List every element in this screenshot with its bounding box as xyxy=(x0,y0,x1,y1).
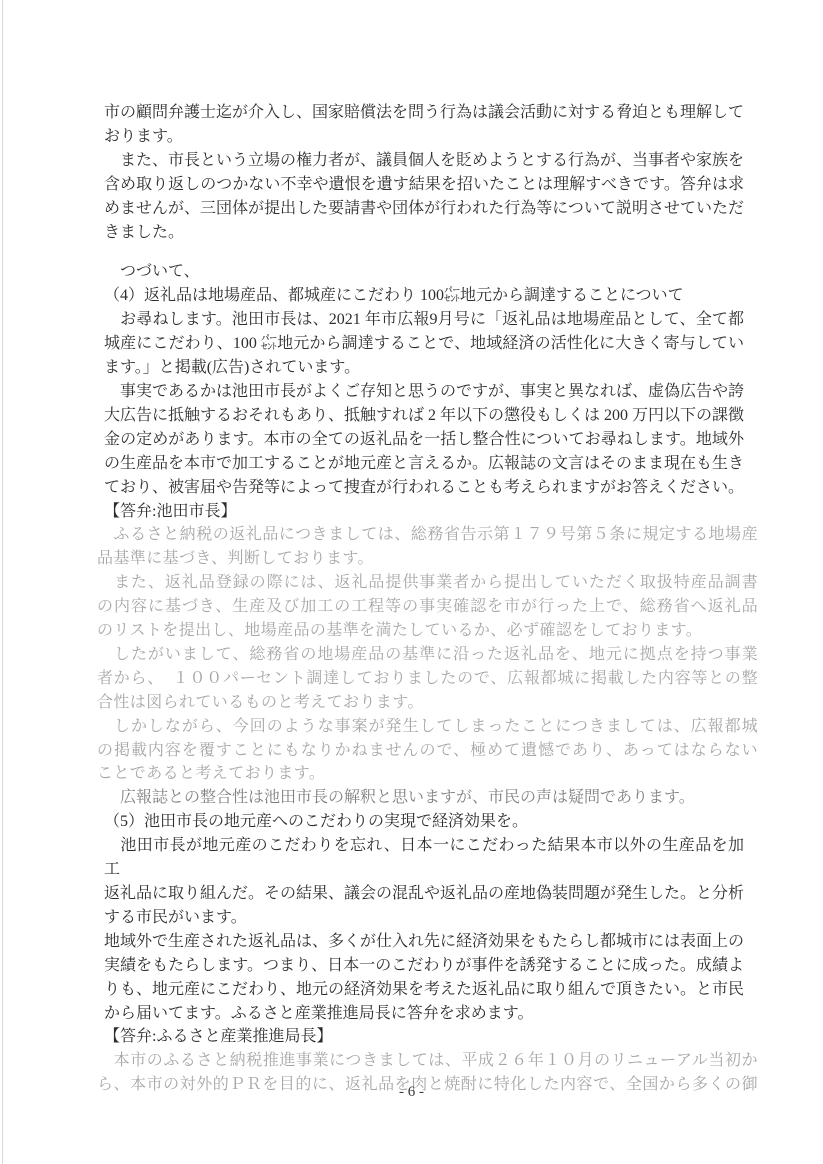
text-line: りも、地元産にこだわり、地元の経済効果を考えた返礼品に取り組んで頂きたい。と市民 xyxy=(104,978,744,1002)
text-line: 含め取り返しのつかない不幸や遺恨を遺す結果を招いたことは理解すべきです。答弁は求 xyxy=(104,173,744,197)
text-line: また、市長という立場の権力者が、議員個人を貶めようとする行為が、当事者や家族を xyxy=(104,149,744,173)
scanned-document-page: 市の顧問弁護士迄が介入し、国家賠償法を問う行為は議会活動に対する脅迫とも理解して… xyxy=(0,0,823,1164)
text-line: 者から、 １００パーセント調達しておりましたので、広報都城に掲載した内容等との整 xyxy=(97,667,758,691)
text-line: ており、被害届や告発等によって捜査が行われることも考えられますがお答えください。 xyxy=(104,476,744,500)
text-line: のリストを提出し、地場産品の基準を満たしているか、必ず確認をしております。 xyxy=(97,619,758,643)
text-line: ことであると考えております。 xyxy=(97,762,758,786)
text-line: （5）池田市長の地元産へのこだわりの実現で経済効果を。 xyxy=(104,810,744,834)
text-line: お尋ねします。池田市長は、2021 年市広報9月号に「返礼品は地場産品として、全… xyxy=(104,308,744,332)
text-line: の生産品を本市で加工することが地元産と言えるか。広報誌の文言はそのまま現在も生き xyxy=(104,452,744,476)
text-line: 合性は図られているものと考えております。 xyxy=(97,691,758,715)
text-line: 本市のふるさと納税推進事業につきましては、平成２６年１０月のリニューアル当初か xyxy=(97,1049,758,1073)
text-line: きました。 xyxy=(104,221,744,245)
text-line: （4）返礼品は地場産品、都城産にこだわり 100㌫地元から調達することについて xyxy=(104,284,744,308)
text-line: また、返礼品登録の際には、返礼品提供事業者から提出していただく取扱特産品調書 xyxy=(97,571,758,595)
text-line: つづいて、 xyxy=(104,260,744,284)
text-line: ふるさと納税の返礼品につきましては、総務省告示第１７９号第５条に規定する地場産 xyxy=(97,523,758,547)
text-line: 金の定めがあります。本市の全ての返礼品を一括し整合性についてお尋ねします。地域外 xyxy=(104,428,744,452)
text-line: の内容に基づき、生産及び加工の工程等の事実確認を市が行った上で、総務省へ返礼品 xyxy=(97,595,758,619)
text-line: 大広告に抵触するおそれもあり、抵触すれば 2 年以下の懲役もしくは 200 万円… xyxy=(104,404,744,428)
text-line: 事実であるかは池田市長がよくご存知と思うのですが、事実と異なれば、虚偽広告や誇 xyxy=(104,380,744,404)
text-line: 広報誌との整合性は池田市長の解釈と思いますが、市民の声は疑問であります。 xyxy=(104,786,744,810)
text-line: 地域外で生産された返礼品は、多くが仕入れ先に経済効果をもたらし都城市には表面上の xyxy=(104,930,744,954)
text-line: おります。 xyxy=(104,125,744,149)
text-line: する市民がいます。 xyxy=(104,906,744,930)
text-line: めませんが、三団体が提出した要請書や団体が行われた行為等について説明させていただ xyxy=(104,197,744,221)
text-line: の掲載内容を覆すことにもなりかねませんので、極めて遺憾であり、あってはならない xyxy=(97,739,758,763)
page-number: - 6 - xyxy=(0,1084,823,1101)
text-line: 返礼品に取り組んだ。その結果、議会の混乱や返礼品の産地偽装問題が発生した。と分析 xyxy=(104,882,744,906)
text-line: 品基準に基づき、判断しております。 xyxy=(97,547,758,571)
text-line: 市の顧問弁護士迄が介入し、国家賠償法を問う行為は議会活動に対する脅迫とも理解して xyxy=(104,101,744,125)
page-body: 市の顧問弁護士迄が介入し、国家賠償法を問う行為は議会活動に対する脅迫とも理解して… xyxy=(104,101,744,1097)
text-line: しかしながら、今回のような事案が発生してしまったことにつきましては、広報都城 xyxy=(97,715,758,739)
scan-edge-line xyxy=(2,0,3,1164)
text-line: したがいまして、総務省の地場産品の基準に沿った返礼品を、地元に拠点を持つ事業 xyxy=(97,643,758,667)
text-line: 【答弁:ふるさと産業推進局長】 xyxy=(104,1025,744,1049)
text-line: 【答弁:池田市長】 xyxy=(104,500,744,524)
text-line: 池田市長が地元産のこだわりを忘れ、日本一にこだわった結果本市以外の生産品を加工 xyxy=(104,834,744,882)
text-line: 城産にこだわり、100 ㌫地元から調達することで、地域経済の活性化に大きく寄与し… xyxy=(104,332,744,356)
text-line: ます。」と掲載(広告)されています。 xyxy=(104,356,744,380)
text-line: から届いてます。ふるさと産業推進局長に答弁を求めます。 xyxy=(104,1002,744,1026)
text-line: 実績をもたらします。つまり、日本一のこだわりが事件を誘発することに成った。成績よ xyxy=(104,954,744,978)
